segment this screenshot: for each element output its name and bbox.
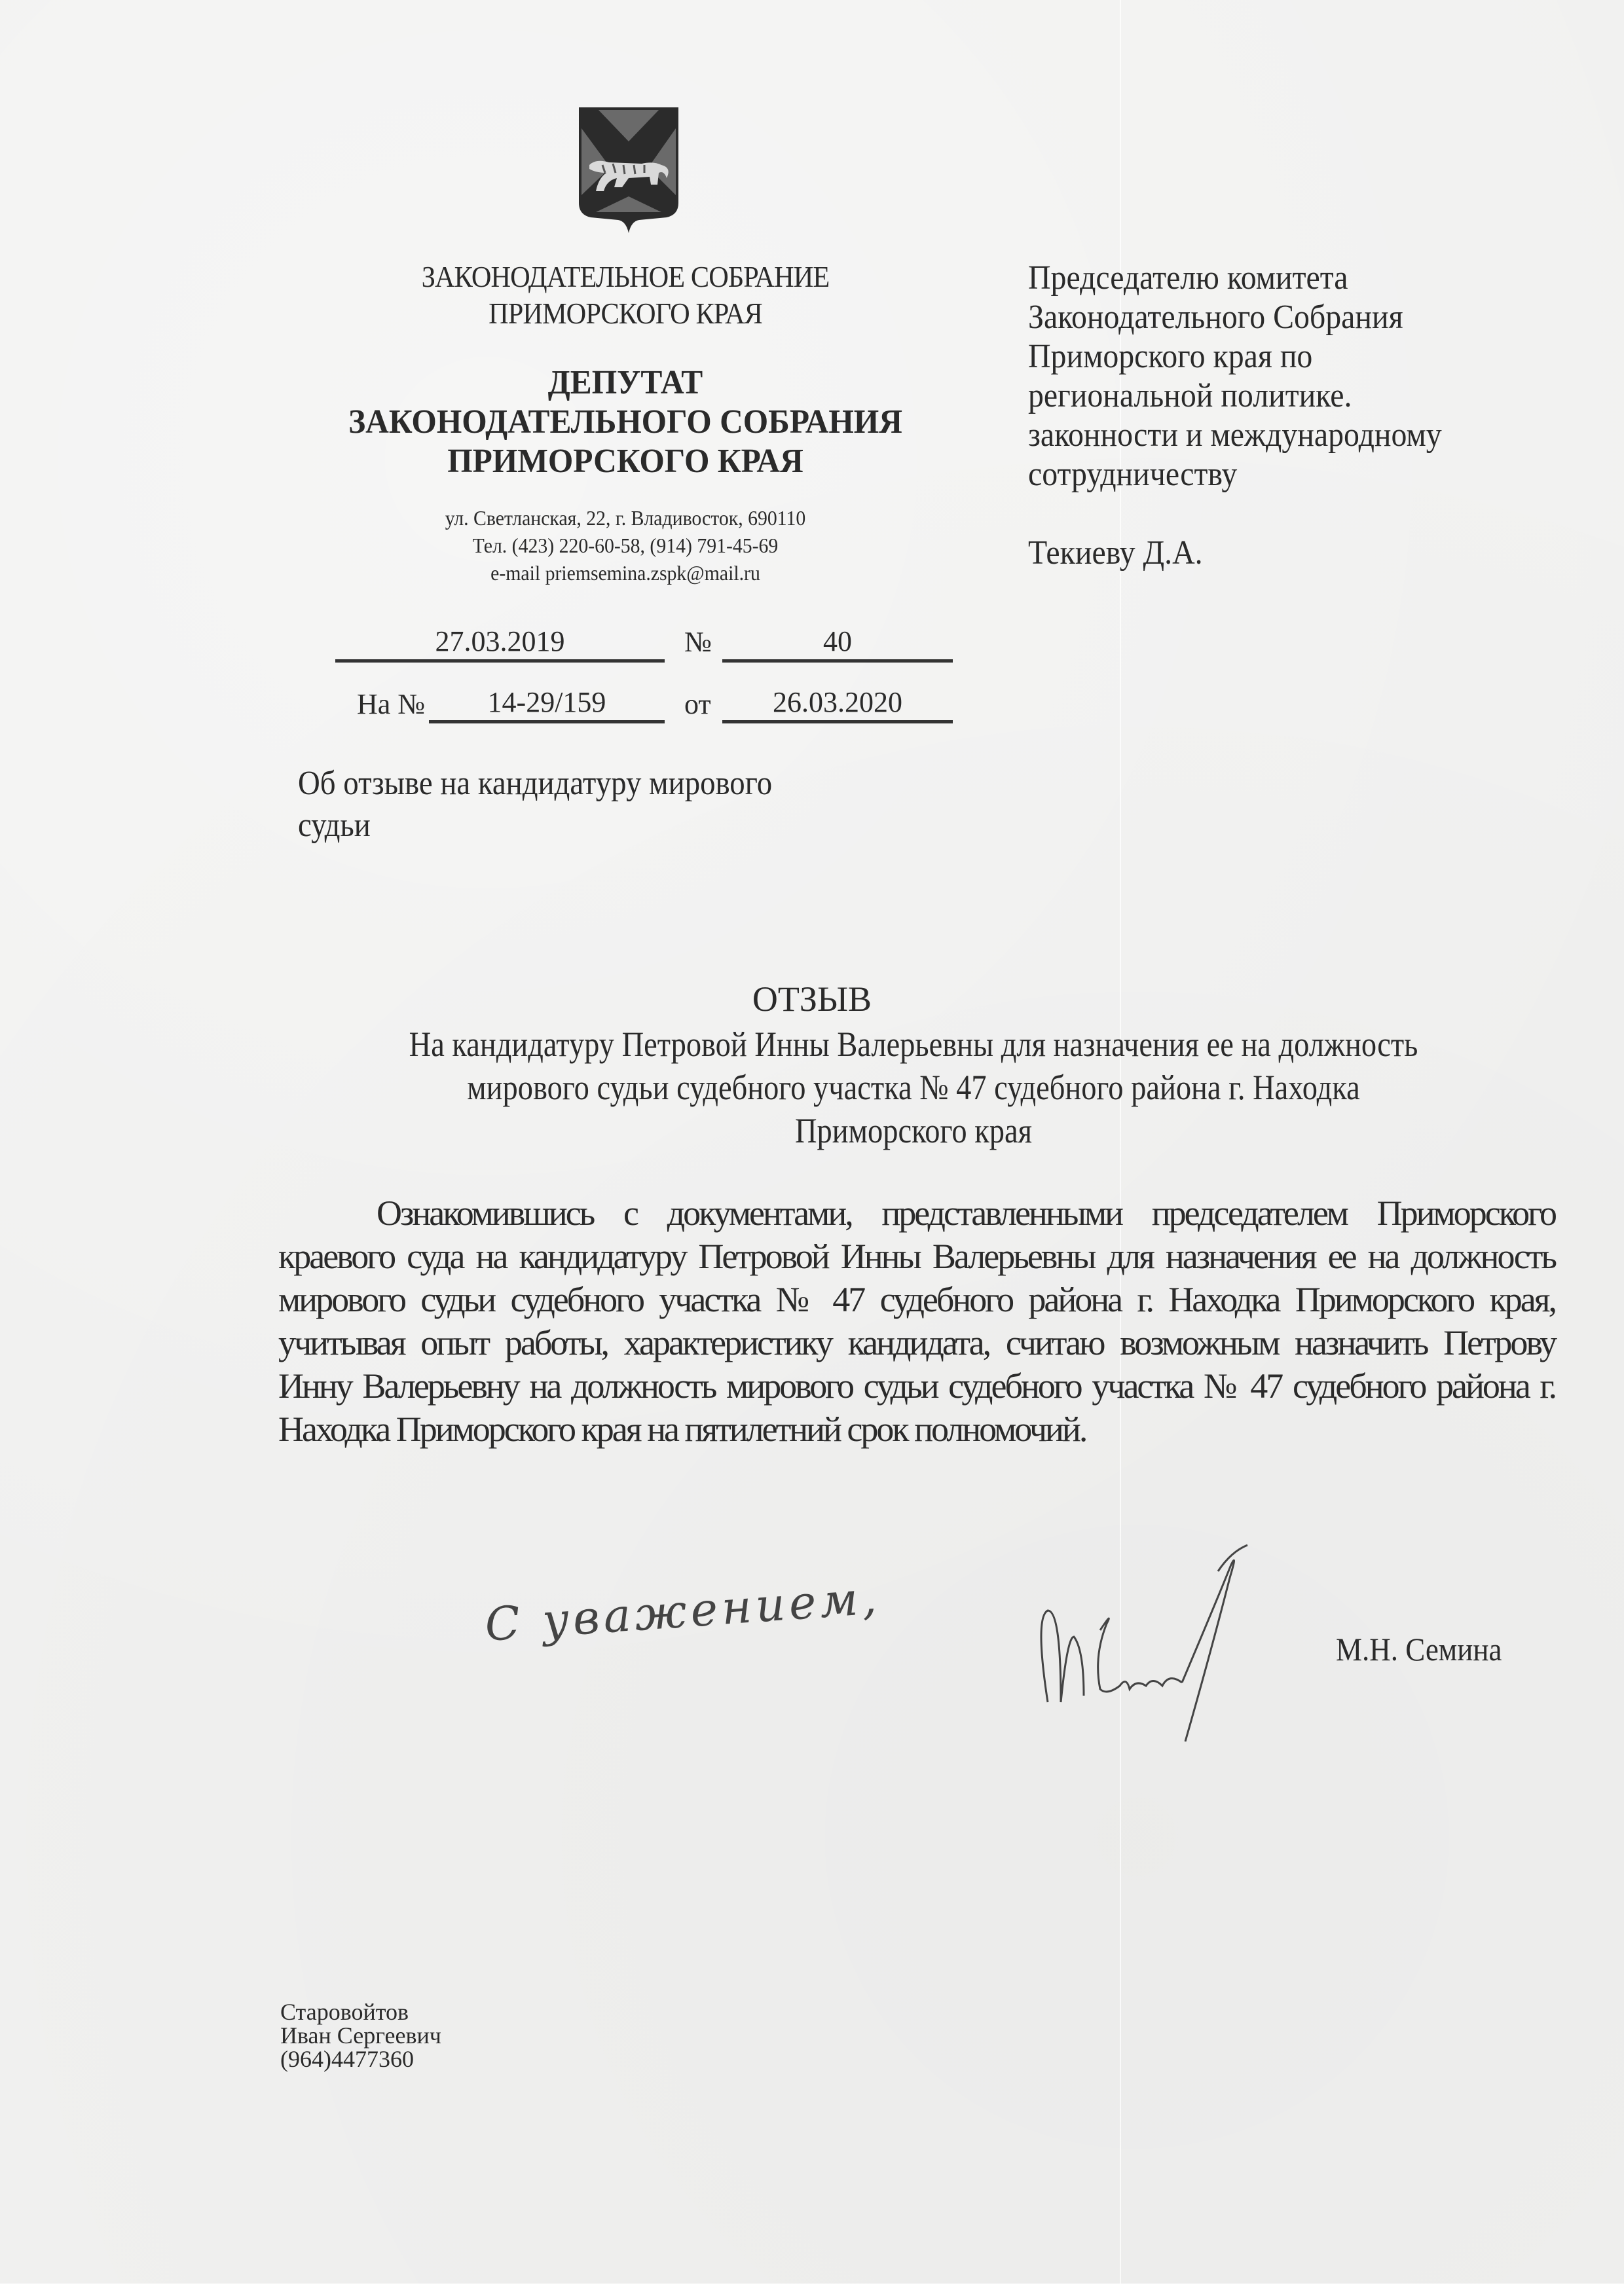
addressee-name: Текиеву Д.А. [1028,534,1522,573]
subject-line: Об отзыве на кандидатуру мирового судьи [298,763,887,847]
deputy-title: ДЕПУТАТ ЗАКОНОДАТЕЛЬНОГО СОБРАНИЯ ПРИМОР… [299,363,952,481]
phone: Тел. (423) 220-60-58, (914) 791-45-69 [306,532,946,559]
executor-block: Старовойтов Иван Сергеевич (964)4477360 [280,2000,441,2071]
executor-phone: (964)4477360 [280,2047,441,2071]
address: ул. Светланская, 22, г. Владивосток, 690… [306,504,946,532]
document-subtitle: На кандидатуру Петровой Инны Валерьевны … [353,1023,1473,1152]
number-label: № [684,625,712,659]
coat-of-arms-icon [576,105,681,236]
from-label: от [684,687,711,721]
addressee-block: Председателю комитета Законодательного С… [1028,259,1522,573]
contact-block: ул. Светланская, 22, г. Владивосток, 690… [306,504,946,587]
reply-to-label: На № [357,687,425,721]
executor-name: Иван Сергеевич [280,2024,441,2047]
outgoing-number-field: 40 [722,625,953,663]
scan-bottom-edge [0,2284,1624,2296]
executor-surname: Старовойтов [280,2000,441,2024]
signer-name: М.Н. Семина [1336,1630,1502,1668]
organization-name: ЗАКОНОДАТЕЛЬНОЕ СОБРАНИЕ ПРИМОРСКОГО КРА… [309,259,942,332]
reply-to-number-field: 14-29/159 [429,686,665,723]
email: e-mail priemsemina.zspk@mail.ru [306,559,946,587]
review-body: Ознакомившись с документами, представлен… [278,1192,1555,1451]
document-title: ОТЗЫВ [0,979,1624,1019]
outgoing-date-field: 27.03.2019 [335,625,665,663]
reply-to-date-field: 26.03.2020 [722,686,953,723]
